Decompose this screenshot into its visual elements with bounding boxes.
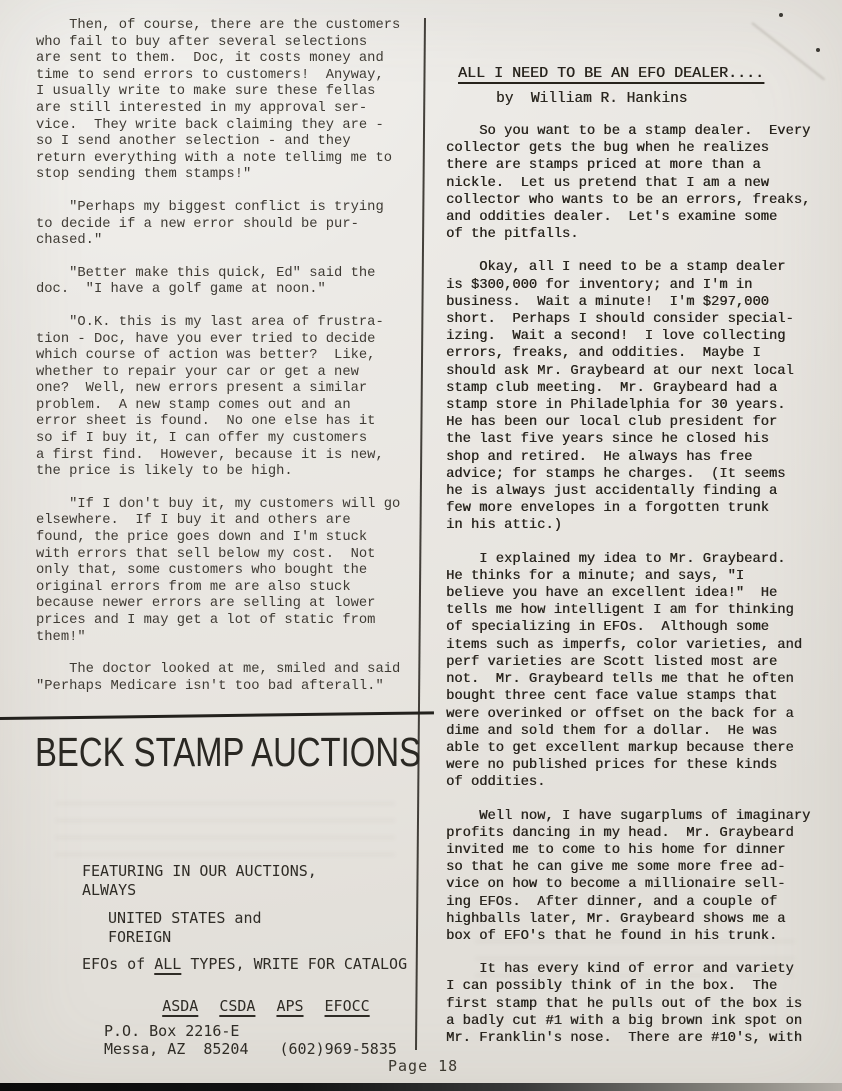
paragraph: "O.K. this is my last area of frustra- t… — [36, 315, 432, 481]
ad-city-phone-line: Messa, AZ 85204(602)969-5835 — [104, 1040, 397, 1059]
article-title: ALL I NEED TO BE AN EFO DEALER.... — [458, 64, 832, 84]
beck-stamp-auctions-ad: BECK STAMP AUCTIONS FEATURING IN OUR AUC… — [0, 712, 434, 1091]
ad-headline: BECK STAMP AUCTIONS — [33, 724, 433, 778]
paragraph: I explained my idea to Mr. Graybeard. He… — [446, 551, 832, 792]
scanned-newsletter-page: Then, of course, there are the customers… — [0, 0, 842, 1091]
paragraph: So you want to be a stamp dealer. Every … — [446, 123, 832, 243]
membership-efocc: EFOCC — [325, 997, 370, 1015]
article-column: ALL I NEED TO BE AN EFO DEALER.... by Wi… — [446, 64, 832, 1063]
ad-headline-text: BECK STAMP AUCTIONS — [35, 729, 421, 775]
paragraph: It has every kind of error and variety I… — [446, 961, 832, 1047]
ad-catalog-text: EFOs of — [82, 955, 154, 973]
paragraph: Then, of course, there are the customers… — [36, 18, 432, 184]
dust-speck — [816, 48, 820, 52]
left-column: Then, of course, there are the customers… — [36, 18, 432, 711]
article-byline: by William R. Hankins — [496, 90, 832, 109]
paragraph: "If I don't buy it, my customers will go… — [36, 497, 432, 646]
paragraph: Well now, I have sugarplums of imaginary… — [446, 808, 832, 946]
ad-catalog-text: TYPES, WRITE FOR CATALOG — [181, 955, 407, 973]
ad-top-rule — [0, 711, 434, 720]
membership-csda: CSDA — [219, 997, 255, 1015]
paragraph: "Perhaps my biggest conflict is trying t… — [36, 200, 432, 250]
ad-po-box: P.O. Box 2216-E — [104, 1022, 239, 1041]
dust-speck — [779, 13, 783, 17]
membership-aps: APS — [276, 997, 303, 1015]
paragraph: Okay, all I need to be a stamp dealer is… — [446, 259, 832, 534]
page-number: Page 18 — [388, 1056, 458, 1076]
ad-featuring-line: FEATURING IN OUR AUCTIONS, ALWAYS — [82, 862, 317, 899]
scan-bottom-edge — [0, 1083, 842, 1091]
membership-asda: ASDA — [162, 997, 198, 1015]
ad-scope-line: UNITED STATES and FOREIGN — [108, 909, 262, 946]
ad-phone: (602)969-5835 — [280, 1040, 397, 1058]
paragraph: "Better make this quick, Ed" said the do… — [36, 266, 432, 299]
ad-catalog-line: EFOs of ALL TYPES, WRITE FOR CATALOG — [82, 955, 407, 974]
ad-city: Messa, AZ 85204 — [104, 1040, 249, 1058]
ad-catalog-all-emphasis: ALL — [154, 955, 181, 973]
paragraph: The doctor looked at me, smiled and said… — [36, 662, 432, 695]
